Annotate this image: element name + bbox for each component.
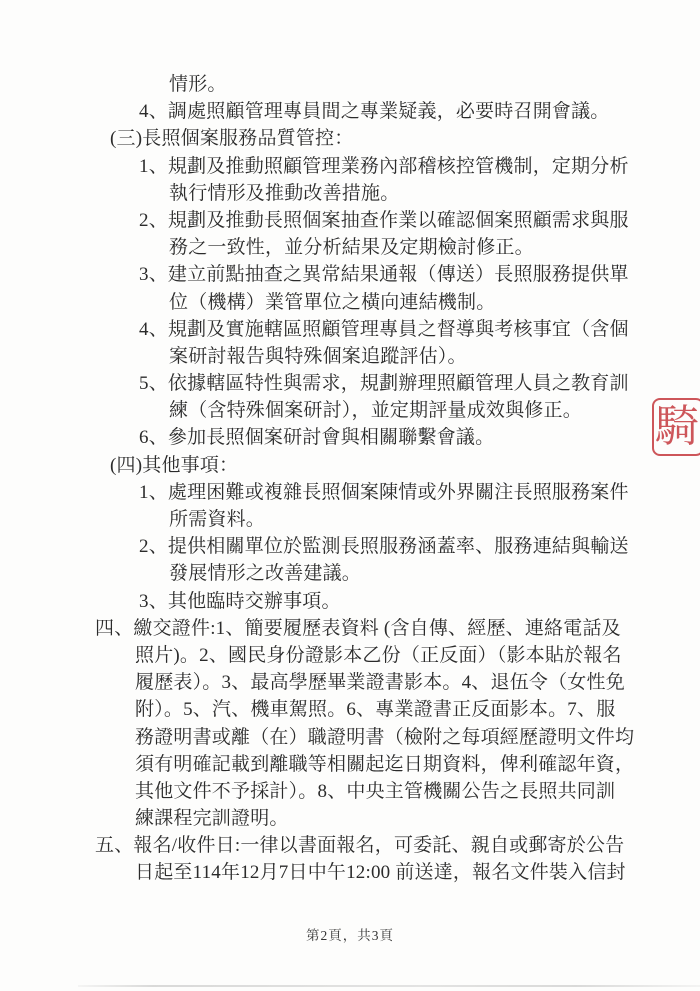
text-line: 須有明確記載到離職等相關起迄日期資料，俾利確認年資， (0, 751, 700, 778)
document-body: 情形。4、調處照顧管理專員間之專業疑義，必要時召開會議。(三)長照個案服務品質管… (0, 71, 700, 887)
text-line: 其他文件不予採計）。8、中央主管機關公告之長照共同訓 (0, 778, 700, 805)
text-line: 照片)。2、國民身份證影本乙份（正反面）（影本貼於報名 (0, 642, 700, 669)
text-line: 4、規劃及實施轄區照顧管理專員之督導與考核事宜（含個 (0, 316, 700, 343)
text-line: 3、建立前點抽查之異常結果通報（傳送）長照服務提供單 (0, 261, 700, 288)
text-line: 履歷表）。3、最高學歷畢業證書影本。4、退伍令（女性免 (0, 669, 700, 696)
text-line: 位（機構）業管單位之橫向連結機制。 (0, 289, 700, 316)
text-line: 2、規劃及推動長照個案抽查作業以確認個案照顧需求與服 (0, 207, 700, 234)
text-line: 務證明書或離（在）職證明書（檢附之每項經歷證明文件均 (0, 724, 700, 751)
text-line: 練（含特殊個案研討），並定期評量成效與修正。 (0, 397, 700, 424)
text-line: 所需資料。 (0, 506, 700, 533)
text-line: 四、繳交證件:1、簡要履歷表資料 (含自傳、經歷、連絡電話及 (0, 615, 700, 642)
text-line: (四)其他事項： (0, 452, 700, 479)
text-line: 2、提供相關單位於監測長照服務涵蓋率、服務連結與輸送 (0, 533, 700, 560)
text-line: 1、規劃及推動照顧管理業務內部稽核控管機制，定期分析 (0, 153, 700, 180)
text-line: 3、其他臨時交辦事項。 (0, 588, 700, 615)
text-line: 發展情形之改善建議。 (0, 560, 700, 587)
text-line: (三)長照個案服務品質管控： (0, 125, 700, 152)
text-line: 4、調處照顧管理專員間之專業疑義，必要時召開會議。 (0, 98, 700, 125)
page-footer: 第2頁，共3頁 (0, 924, 700, 944)
text-line: 情形。 (0, 71, 700, 98)
seal-character: 騎 (655, 403, 699, 451)
text-line: 練課程完訓證明。 (0, 805, 700, 832)
scan-edge (78, 985, 700, 987)
text-line: 五、報名/收件日:一律以書面報名，可委託、親自或郵寄於公告 (0, 832, 700, 859)
text-line: 6、參加長照個案研討會與相關聯繫會議。 (0, 424, 700, 451)
scanned-document-page: 情形。4、調處照顧管理專員間之專業疑義，必要時召開會議。(三)長照個案服務品質管… (0, 0, 700, 991)
text-line: 案研討報告與特殊個案追蹤評估）。 (0, 343, 700, 370)
text-line: 執行情形及推動改善措施。 (0, 180, 700, 207)
text-line: 務之一致性，並分析結果及定期檢討修正。 (0, 234, 700, 261)
text-line: 日起至114年12月7日中午12:00 前送達，報名文件裝入信封 (0, 859, 700, 886)
page-edge-seal: 騎 (652, 398, 700, 456)
text-line: 1、處理困難或複雜長照個案陳情或外界關注長照服務案件 (0, 479, 700, 506)
text-line: 附）。5、汽、機車駕照。6、專業證書正反面影本。7、服 (0, 696, 700, 723)
text-line: 5、依據轄區特性與需求，規劃辦理照顧管理人員之教育訓 (0, 370, 700, 397)
